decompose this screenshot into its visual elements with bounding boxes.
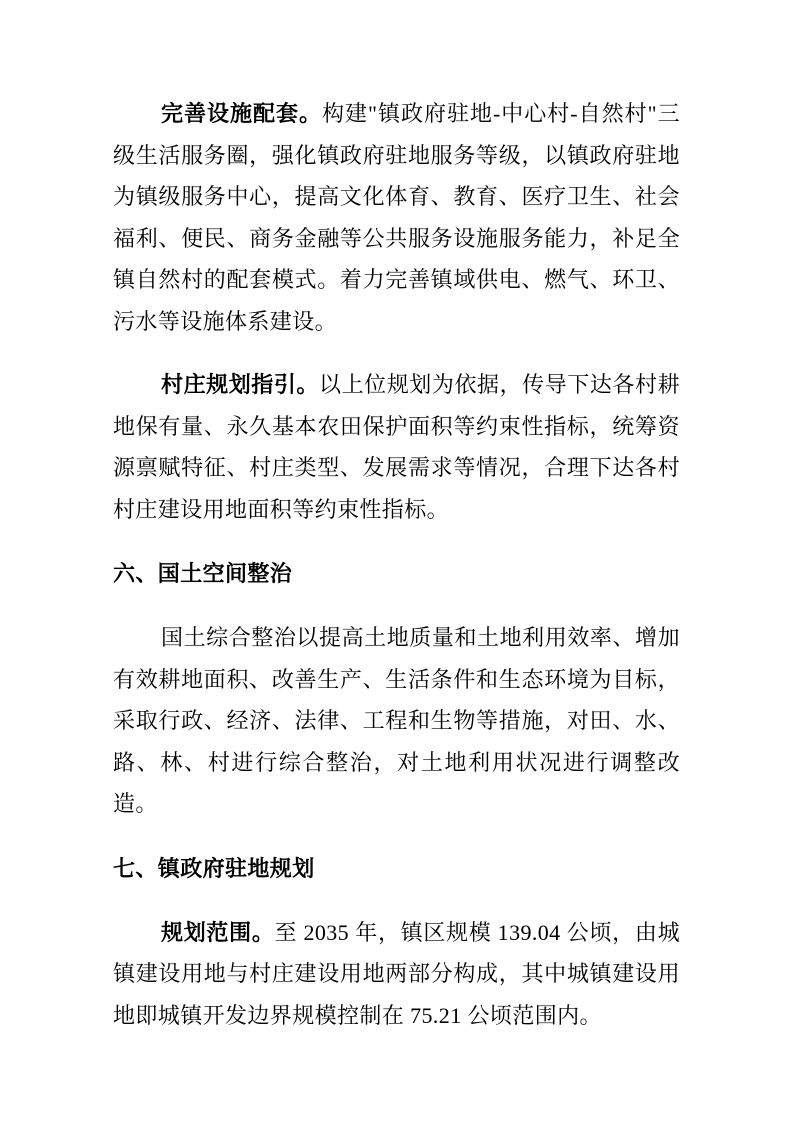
paragraph-village-guide: 村庄规划指引。以上位规划为依据，传导下达各村耕地保有量、永久基本农田保护面积等约… [113, 364, 680, 530]
paragraph-village-guide-lead: 村庄规划指引。 [161, 372, 319, 397]
paragraph-facilities-lead: 完善设施配套。 [161, 101, 322, 126]
paragraph-land-consolidation: 国土综合整治以提高土地质量和土地利用效率、增加有效耕地面积、改善生产、生活条件和… [113, 617, 680, 825]
paragraph-facilities-text: 构建"镇政府驻地-中心村-自然村"三级生活服务圈，强化镇政府驻地服务等级，以镇政… [113, 101, 680, 334]
paragraph-planning-scope-lead: 规划范围。 [161, 920, 275, 945]
paragraph-land-consolidation-text: 国土综合整治以提高土地质量和土地利用效率、增加有效耕地面积、改善生产、生活条件和… [113, 625, 680, 816]
section-heading-land-consolidation: 六、国土空间整治 [113, 552, 680, 595]
section-heading-town-seat-planning: 七、镇政府驻地规划 [113, 847, 680, 890]
page-content: 完善设施配套。构建"镇政府驻地-中心村-自然村"三级生活服务圈，强化镇政府驻地服… [113, 93, 680, 1058]
paragraph-facilities: 完善设施配套。构建"镇政府驻地-中心村-自然村"三级生活服务圈，强化镇政府驻地服… [113, 93, 680, 342]
paragraph-planning-scope: 规划范围。至 2035 年，镇区规模 139.04 公顷，由城镇建设用地与村庄建… [113, 912, 680, 1037]
document-page: 完善设施配套。构建"镇政府驻地-中心村-自然村"三级生活服务圈，强化镇政府驻地服… [0, 0, 794, 1122]
